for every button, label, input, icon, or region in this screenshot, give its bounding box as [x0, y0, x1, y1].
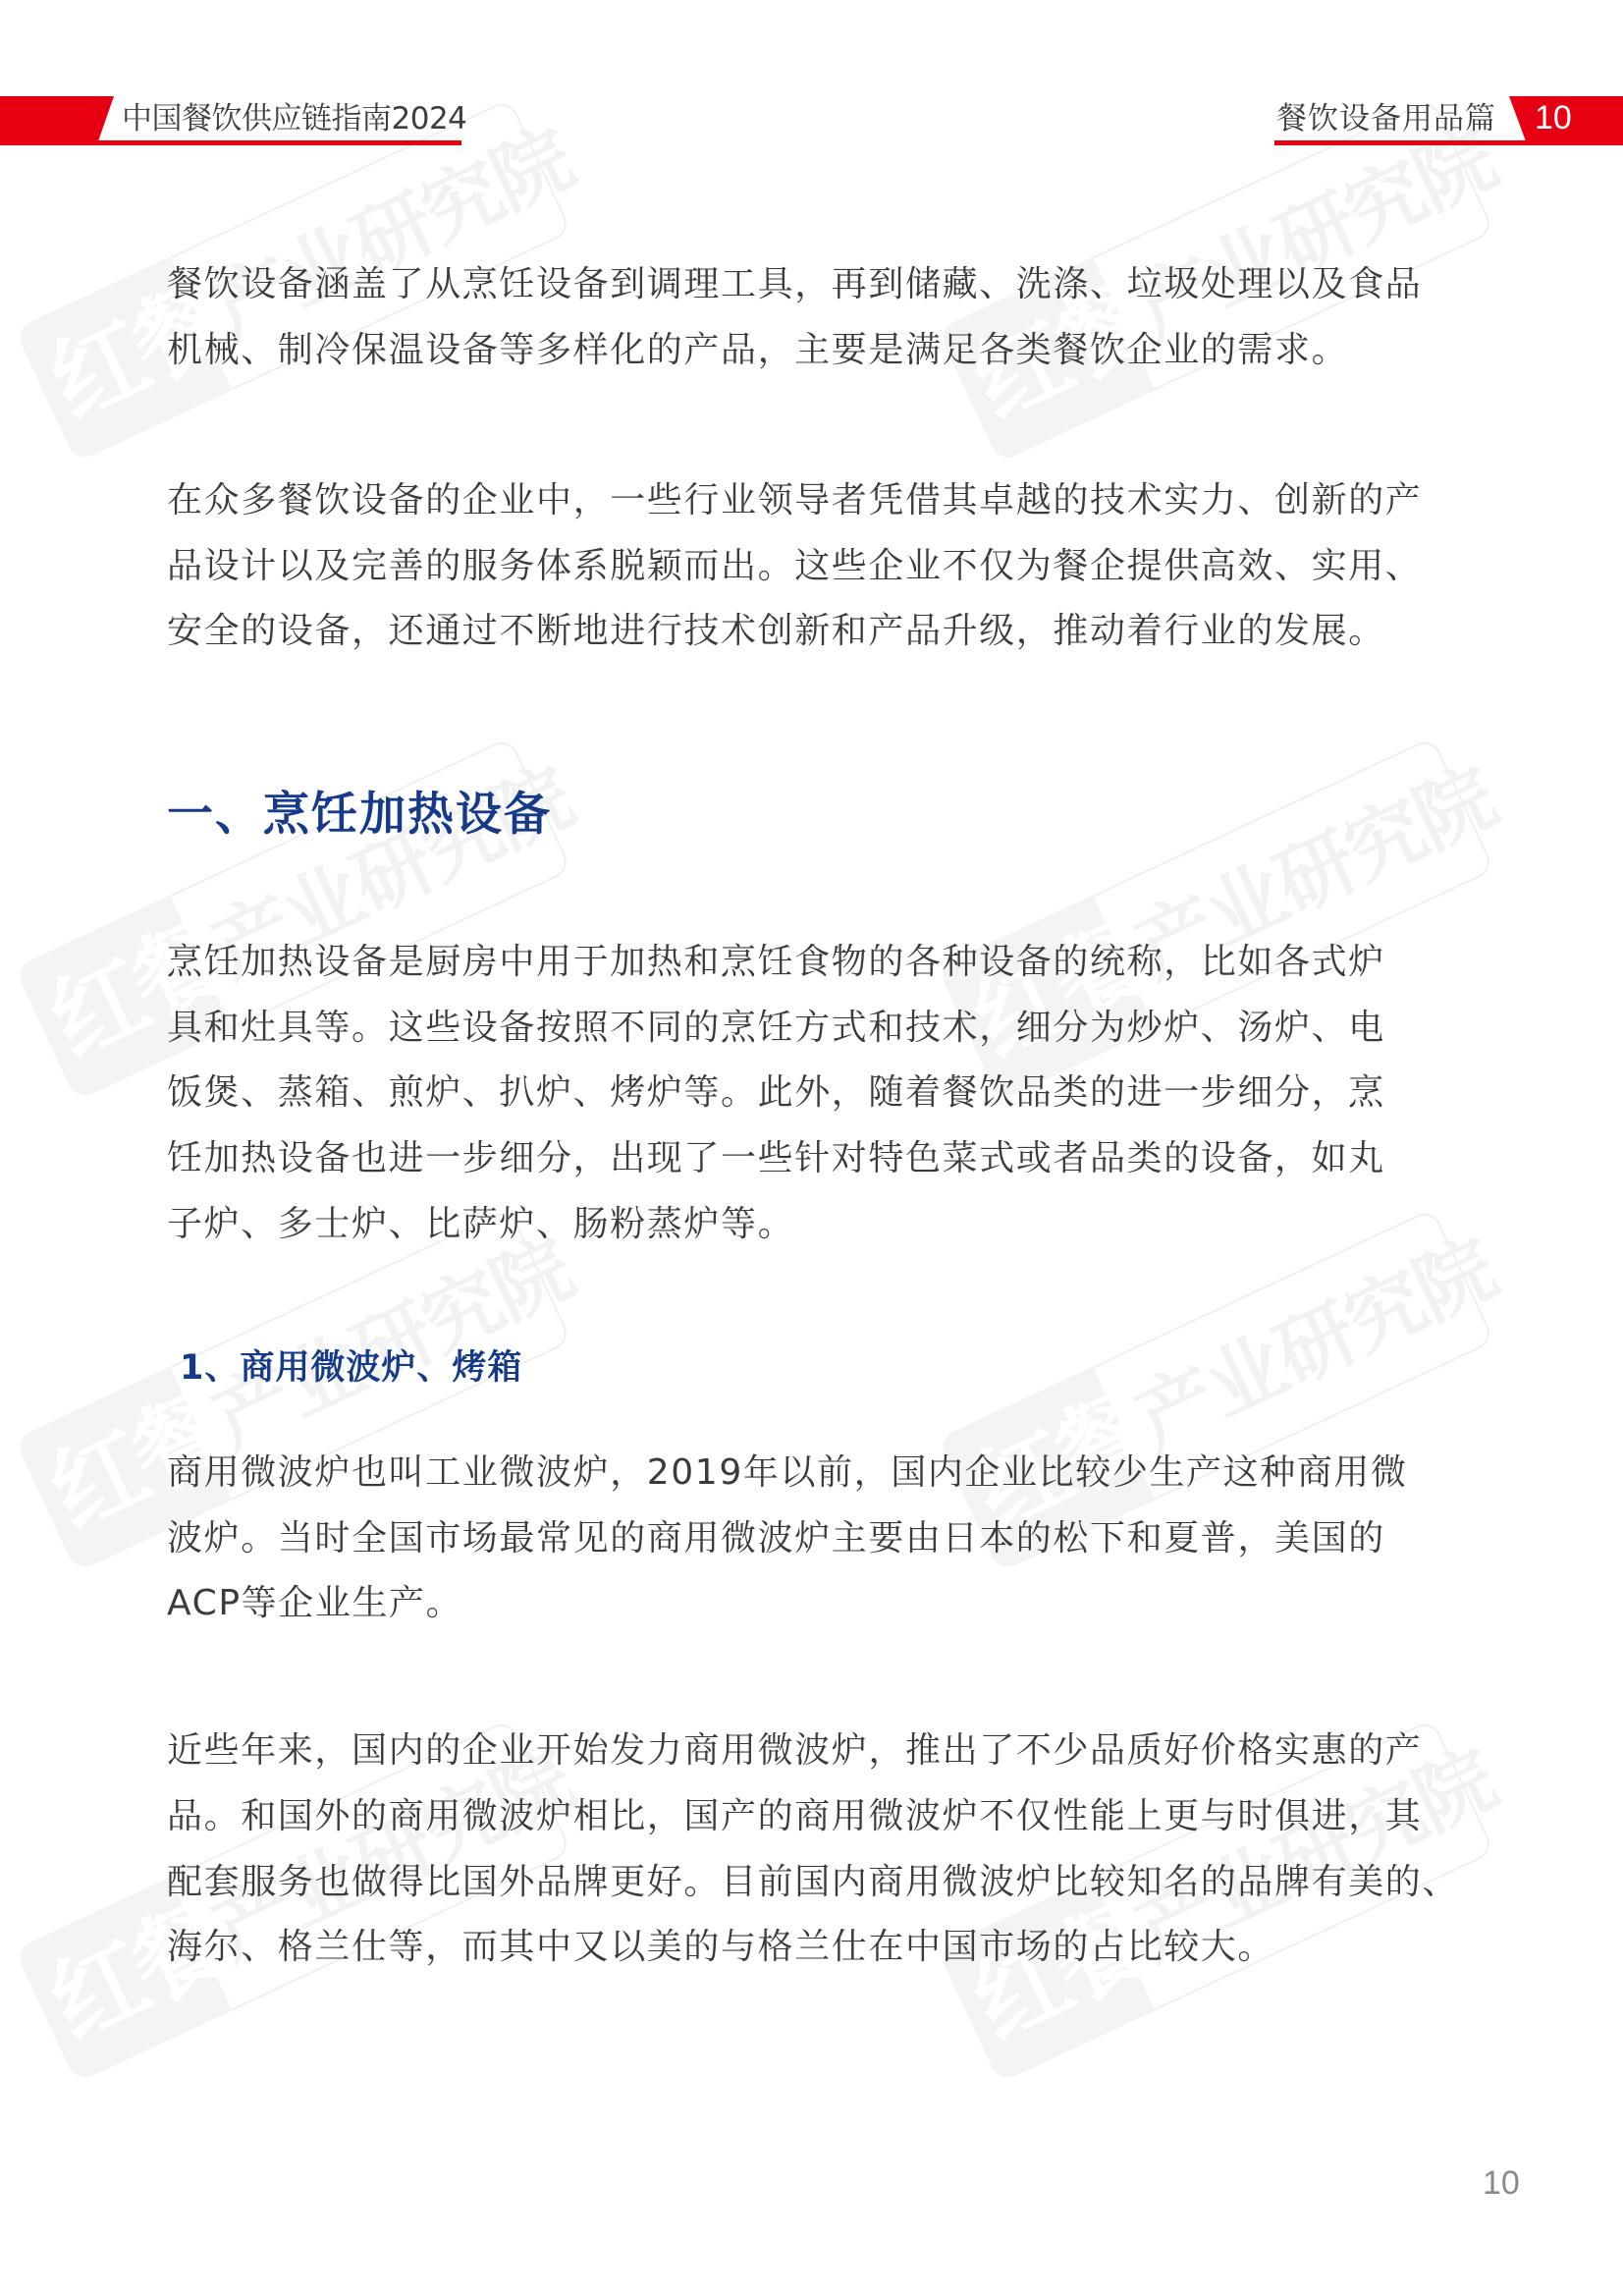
text-line: 饪加热设备也进一步细分，出现了一些针对特色菜式或者品类的设备，如丸: [167, 1135, 1385, 1182]
text-line: 机械、制冷保温设备等多样化的产品，主要是满足各类餐饮企业的需求。: [167, 327, 1348, 374]
section-heading: 一、烹饪加热设备: [167, 786, 552, 845]
text-line: 品。和国外的商用微波炉相比，国产的商用微波炉不仅性能上更与时俱进，其: [167, 1793, 1422, 1840]
text-line: 烹饪加热设备是厨房中用于加热和烹饪食物的各种设备的统称，比如各式炉: [167, 939, 1385, 986]
text-line: 在众多餐饮设备的企业中，一些行业领导者凭借其卓越的技术实力、创新的产: [167, 477, 1422, 524]
text-line: 配套服务也做得比国外品牌更好。目前国内商用微波炉比较知名的品牌有美的、: [167, 1859, 1459, 1906]
text-line: 子炉、多士炉、比萨炉、肠粉蒸炉等。: [167, 1201, 794, 1248]
header-left-underline: [96, 140, 461, 145]
watermark-brand-box: [938, 1877, 1156, 2083]
document-page: 红餐 产业研究院 红餐 产业研究院 红餐 产业研究院 红餐 产业研究院 红餐 产…: [0, 0, 1623, 2296]
text-line: 安全的设备，还通过不断地进行技术创新和产品升级，推动着行业的发展。: [167, 608, 1385, 655]
text-line: 具和灶具等。这些设备按照不同的烹饪方式和技术，细分为炒炉、汤炉、电: [167, 1005, 1385, 1052]
subsection-heading: 1、商用微波炉、烤箱: [180, 1345, 522, 1391]
text-line: 品设计以及完善的服务体系脱颖而出。这些企业不仅为餐企提供高效、实用、: [167, 543, 1422, 590]
watermark-brand-box: [15, 1877, 233, 2083]
text-line: 商用微波炉也叫工业微波炉，2019年以前，国内企业比较少生产这种商用微: [167, 1449, 1408, 1497]
watermark-label: 产业研究院: [1122, 1222, 1509, 1469]
watermark-label: 产业研究院: [1122, 112, 1509, 359]
watermark-brand: 红餐: [35, 1886, 242, 2059]
text-line: 波炉。当时全国市场最常见的商用微波炉主要由日本的松下和夏普，美国的: [167, 1515, 1385, 1562]
watermark-brand: 红餐: [958, 1886, 1164, 2059]
chapter-title: 餐饮设备用品篇: [1276, 98, 1496, 139]
header-left-accent: [0, 96, 114, 145]
text-line: 饭煲、蒸箱、煎炉、扒炉、烤炉等。此外，随着餐饮品类的进一步细分，烹: [167, 1069, 1385, 1117]
watermark-label: 产业研究院: [199, 112, 586, 359]
header-page-number: 10: [1535, 96, 1572, 139]
text-line: ACP等企业生产。: [167, 1580, 462, 1627]
footer-page-number: 10: [1483, 2163, 1520, 2203]
text-line: 餐饮设备涵盖了从烹饪设备到调理工具，再到储藏、洗涤、垃圾处理以及食品: [167, 261, 1422, 308]
text-line: 近些年来，国内的企业开始发力商用微波炉，推出了不少品质好价格实惠的产: [167, 1727, 1422, 1775]
header-right-underline: [1274, 140, 1530, 145]
text-line: 海尔、格兰仕等，而其中又以美的与格兰仕在中国市场的占比较大。: [167, 1924, 1274, 1971]
report-title: 中国餐饮供应链指南2024: [122, 98, 466, 139]
